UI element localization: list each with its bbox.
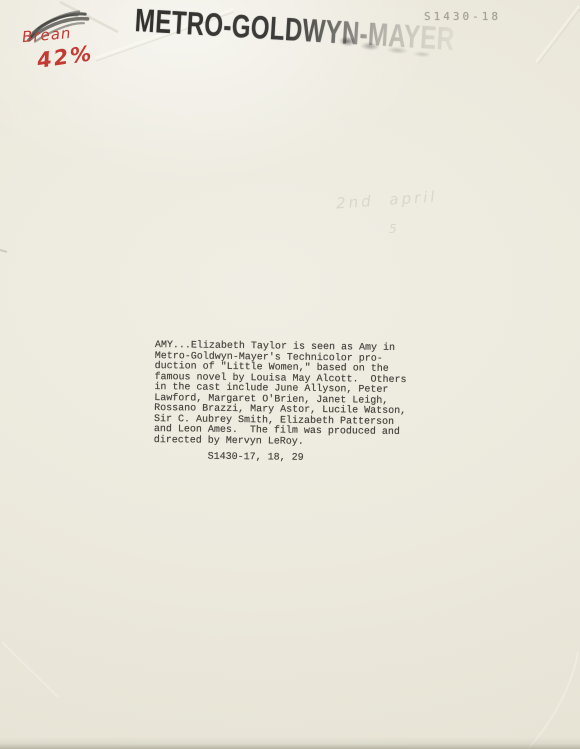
pencil-annotation: 2nd april <box>335 187 438 212</box>
caption-reference-number: S1430-17, 18, 29 <box>208 453 406 466</box>
pencil-annotation-number: 5 <box>389 222 397 236</box>
red-annotation-percentage: 42% <box>36 43 95 72</box>
photo-number-stamp: S1430-18 <box>424 10 501 23</box>
photo-back-scan: Brean 42% METRO-GOLDWYN-MAYER S1430-18 2… <box>0 0 580 749</box>
red-annotation-word: Brean <box>21 26 72 45</box>
typed-caption-block: AMY...Elizabeth Taylor is seen as Amy in… <box>154 341 408 466</box>
